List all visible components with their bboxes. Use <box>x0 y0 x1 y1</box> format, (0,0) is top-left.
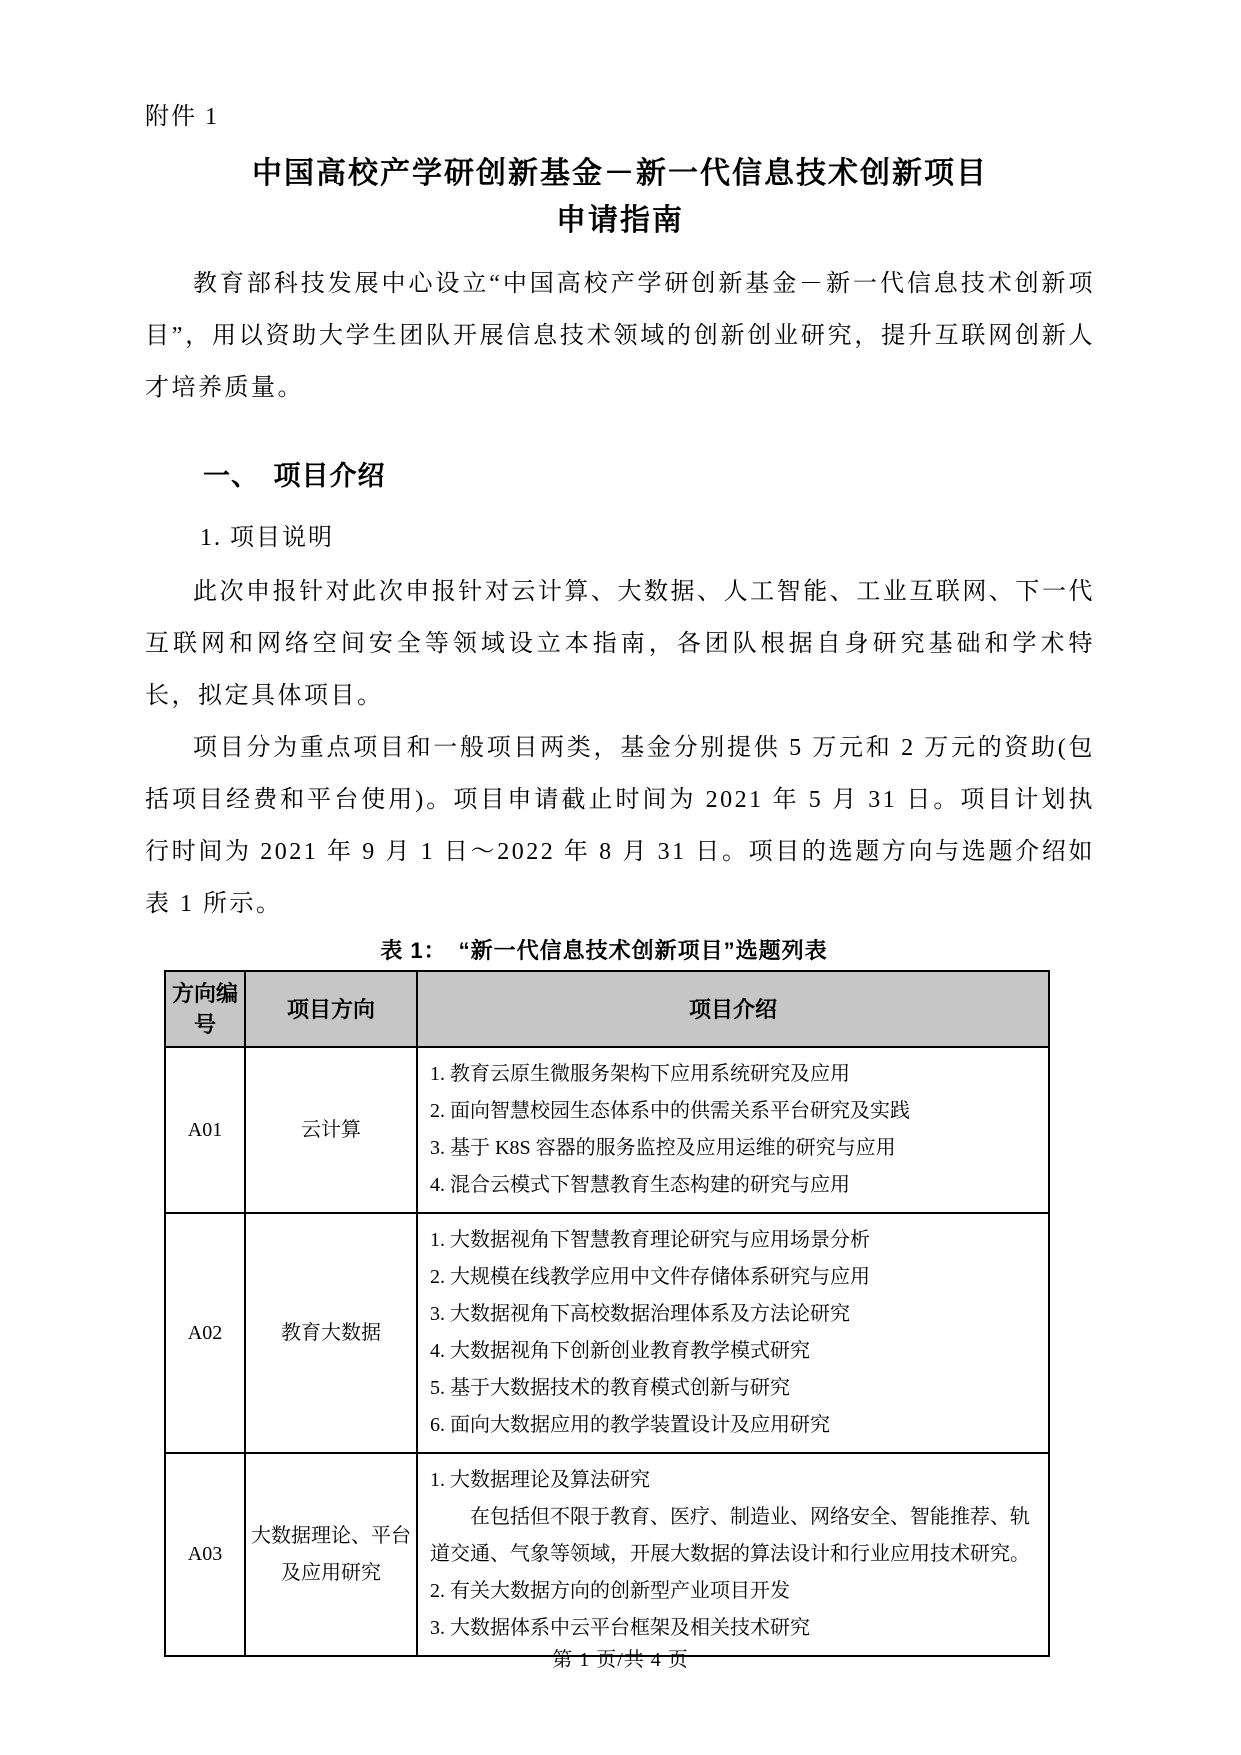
table-row: A02教育大数据1. 大数据视角下智慧教育理论研究与应用场景分析2. 大规模在线… <box>165 1213 1049 1453</box>
attachment-label: 附件 1 <box>145 100 1095 134</box>
topics-table: 方向编号 项目方向 项目介绍 A01云计算1. 教育云原生微服务架构下应用系统研… <box>164 970 1050 1657</box>
project-intro-item: 5. 基于大数据技术的教育模式创新与研究 <box>430 1370 1040 1407</box>
project-intro-item: 3. 大数据视角下高校数据治理体系及方法论研究 <box>430 1296 1040 1333</box>
project-intro-item: 1. 教育云原生微服务架构下应用系统研究及应用 <box>430 1056 1040 1093</box>
header-project-intro: 项目介绍 <box>417 971 1049 1047</box>
project-intro-item: 3. 大数据体系中云平台框架及相关技术研究 <box>430 1610 1040 1647</box>
document-title-line-2: 申请指南 <box>145 197 1095 244</box>
project-intro-item: 1. 大数据视角下智慧教育理论研究与应用场景分析 <box>430 1222 1040 1259</box>
table-row: A01云计算1. 教育云原生微服务架构下应用系统研究及应用2. 面向智慧校园生态… <box>165 1047 1049 1213</box>
direction-code-cell: A03 <box>165 1453 245 1656</box>
project-direction-cell: 教育大数据 <box>245 1213 417 1453</box>
document-title: 中国高校产学研创新基金－新一代信息技术创新项目 申请指南 <box>145 150 1095 244</box>
section-1-subheading: 1. 项目说明 <box>200 516 1095 560</box>
section-1-heading: 一、 项目介绍 <box>203 454 1095 498</box>
project-intro-item: 2. 面向智慧校园生态体系中的供需关系平台研究及实践 <box>430 1093 1040 1130</box>
direction-code-cell: A02 <box>165 1213 245 1453</box>
topics-table-body: A01云计算1. 教育云原生微服务架构下应用系统研究及应用2. 面向智慧校园生态… <box>165 1047 1049 1656</box>
intro-paragraph: 教育部科技发展中心设立“中国高校产学研创新基金－新一代信息技术创新项目”，用以资… <box>145 258 1095 414</box>
project-intro-cell: 1. 大数据视角下智慧教育理论研究与应用场景分析2. 大规模在线教学应用中文件存… <box>417 1213 1049 1453</box>
page-number: 第 1 页/共 4 页 <box>0 1645 1241 1675</box>
project-intro-item: 2. 有关大数据方向的创新型产业项目开发 <box>430 1573 1040 1610</box>
project-intro-item: 1. 大数据理论及算法研究 <box>430 1462 1040 1499</box>
project-intro-item: 在包括但不限于教育、医疗、制造业、网络安全、智能推荐、轨道交通、气象等领域，开展… <box>430 1499 1040 1573</box>
project-intro-item: 2. 大规模在线教学应用中文件存储体系研究与应用 <box>430 1259 1040 1296</box>
project-intro-cell: 1. 大数据理论及算法研究 在包括但不限于教育、医疗、制造业、网络安全、智能推荐… <box>417 1453 1049 1656</box>
document-page: 附件 1 中国高校产学研创新基金－新一代信息技术创新项目 申请指南 教育部科技发… <box>0 0 1241 1755</box>
header-project-direction: 项目方向 <box>245 971 417 1047</box>
topics-table-header-row: 方向编号 项目方向 项目介绍 <box>165 971 1049 1047</box>
table-row: A03大数据理论、平台及应用研究1. 大数据理论及算法研究 在包括但不限于教育、… <box>165 1453 1049 1656</box>
table-1-caption: 表 1： “新一代信息技术创新项目”选题列表 <box>164 932 1044 970</box>
header-direction-code: 方向编号 <box>165 971 245 1047</box>
project-direction-cell: 云计算 <box>245 1047 417 1213</box>
project-intro-item: 6. 面向大数据应用的教学装置设计及应用研究 <box>430 1407 1040 1444</box>
direction-code-cell: A01 <box>165 1047 245 1213</box>
project-intro-item: 4. 大数据视角下创新创业教育教学模式研究 <box>430 1333 1040 1370</box>
document-title-line-1: 中国高校产学研创新基金－新一代信息技术创新项目 <box>145 150 1095 197</box>
section-1-paragraph-2: 项目分为重点项目和一般项目两类，基金分别提供 5 万元和 2 万元的资助(包括项… <box>145 722 1095 930</box>
section-1-paragraph-1: 此次申报针对此次申报针对云计算、大数据、人工智能、工业互联网、下一代互联网和网络… <box>145 566 1095 722</box>
project-intro-cell: 1. 教育云原生微服务架构下应用系统研究及应用2. 面向智慧校园生态体系中的供需… <box>417 1047 1049 1213</box>
project-intro-item: 3. 基于 K8S 容器的服务监控及应用运维的研究与应用 <box>430 1130 1040 1167</box>
project-direction-cell: 大数据理论、平台及应用研究 <box>245 1453 417 1656</box>
project-intro-item: 4. 混合云模式下智慧教育生态构建的研究与应用 <box>430 1167 1040 1204</box>
